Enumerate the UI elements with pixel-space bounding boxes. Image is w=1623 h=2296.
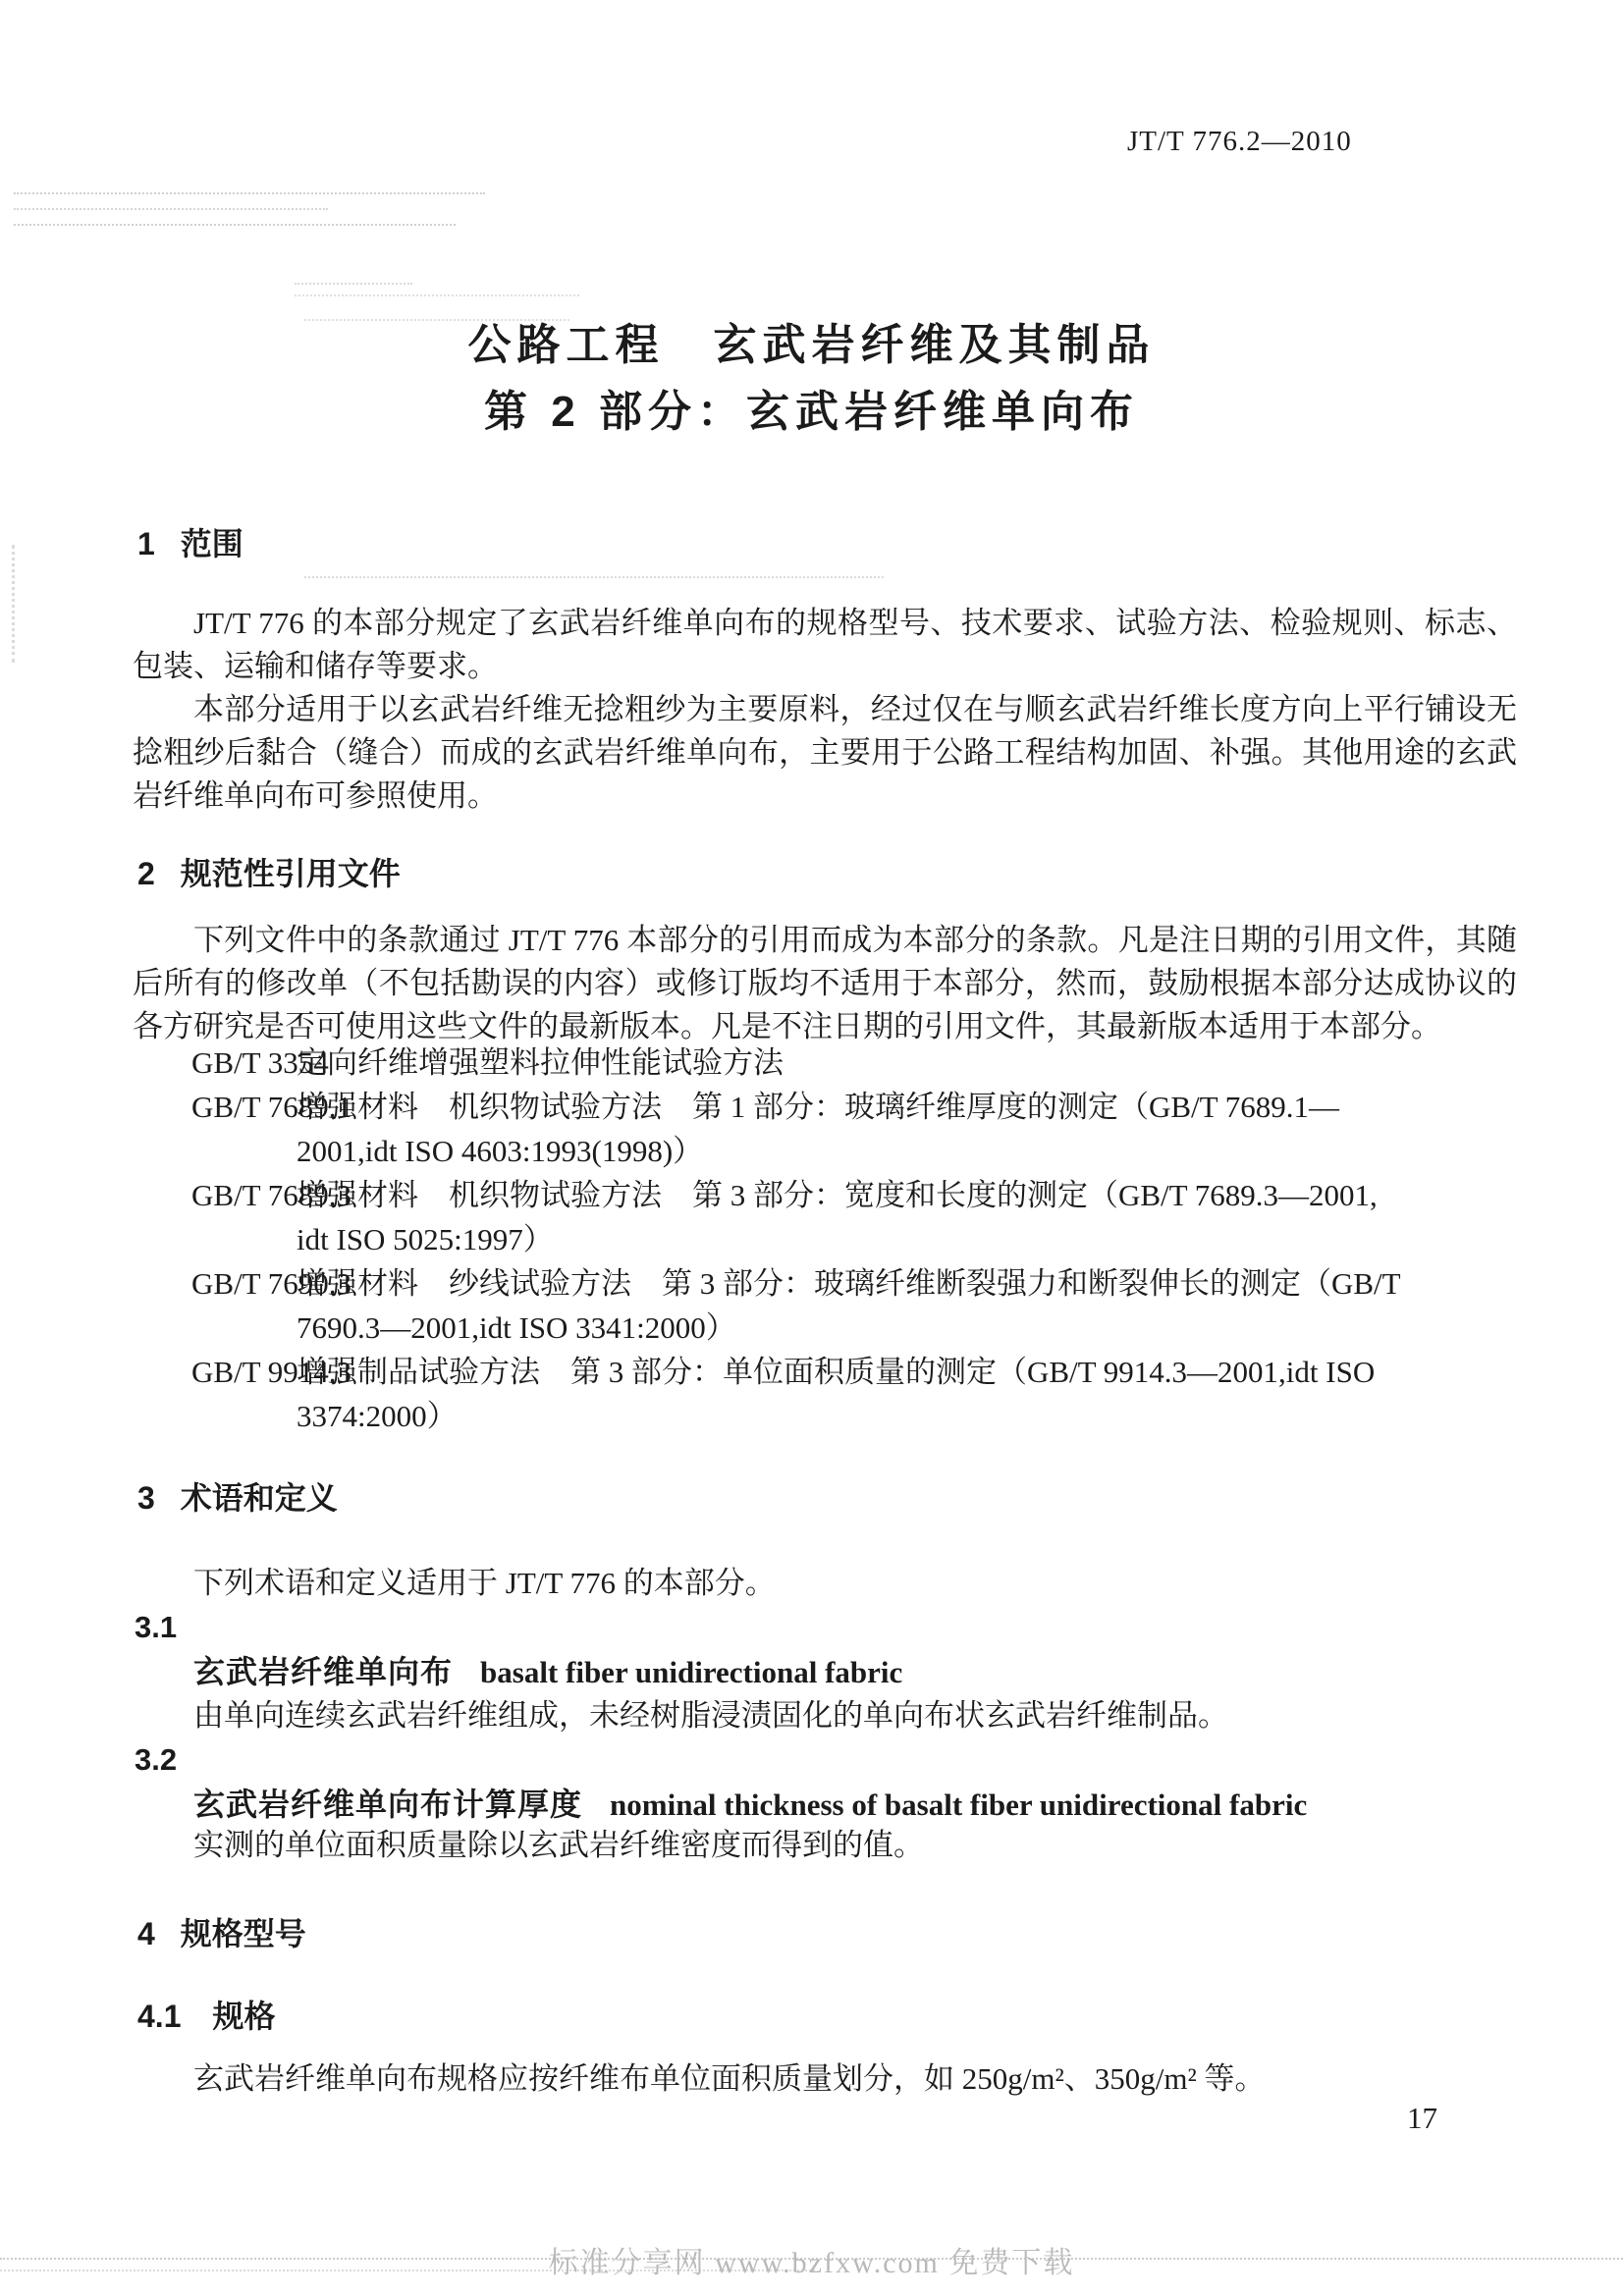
page-number: 17 <box>1407 2101 1437 2136</box>
term-1-number: 3.1 <box>135 1606 177 1649</box>
document-title-line-2: 第 2 部分：玄武岩纤维单向布 <box>0 379 1623 446</box>
reference-line: 2001,idt ISO 4603:1993(1998)） <box>297 1129 1527 1173</box>
section-2-heading: 2规范性引用文件 <box>137 852 401 895</box>
scan-noise <box>14 224 456 226</box>
scan-noise <box>295 294 579 296</box>
reference-line: 增强制品试验方法 第 3 部分：单位面积质量的测定（GB/T 9914.3—20… <box>297 1350 1527 1394</box>
reference-code: GB/T 9914.3 <box>191 1350 352 1394</box>
section-4-heading: 4规格型号 <box>137 1912 306 1955</box>
section-2-title: 规范性引用文件 <box>181 856 401 891</box>
reference-code: GB/T 3354 <box>191 1041 329 1085</box>
term-2-definition: 实测的单位面积质量除以玄武岩纤维密度而得到的值。 <box>133 1824 1517 1867</box>
reference-item: GB/T 7690.3 增强材料 纱线试验方法 第 3 部分：玻璃纤维断裂强力和… <box>133 1261 1527 1350</box>
section-3-heading: 3术语和定义 <box>137 1476 338 1520</box>
section-3-title: 术语和定义 <box>181 1480 338 1516</box>
watermark: 标准分享网 www.bzfxw.com 免费下载 <box>0 2238 1623 2281</box>
scan-noise <box>295 283 412 285</box>
section-1-paragraph-2: 本部分适用于以玄武岩纤维无捻粗纱为主要原料，经过仅在与顺玄武岩纤维长度方向上平行… <box>133 688 1517 818</box>
section-4-1-title: 规格 <box>212 1999 275 2034</box>
reference-line: 定向纤维增强塑料拉伸性能试验方法 <box>297 1041 1527 1085</box>
reference-item: GB/T 9914.3 增强制品试验方法 第 3 部分：单位面积质量的测定（GB… <box>133 1350 1527 1438</box>
section-1-heading: 1范围 <box>137 522 243 565</box>
scan-noise <box>14 208 328 210</box>
scan-noise <box>12 545 15 663</box>
term-1-title: 玄武岩纤维单向布basalt fiber unidirectional fabr… <box>193 1650 902 1694</box>
reference-code: GB/T 7690.3 <box>191 1261 352 1306</box>
section-2-intro: 下列文件中的条款通过 JT/T 776 本部分的引用而成为本部分的条款。凡是注日… <box>133 919 1517 1048</box>
reference-line: 3374:2000） <box>297 1394 1527 1438</box>
reference-line: 增强材料 机织物试验方法 第 3 部分：宽度和长度的测定（GB/T 7689.3… <box>297 1173 1527 1217</box>
term-1-definition: 由单向连续玄武岩纤维组成，未经树脂浸渍固化的单向布状玄武岩纤维制品。 <box>133 1694 1517 1737</box>
term-2-title: 玄武岩纤维单向布计算厚度nominal thickness of basalt … <box>193 1783 1307 1827</box>
term-2-en: nominal thickness of basalt fiber unidir… <box>610 1788 1307 1822</box>
document-title: 公路工程 玄武岩纤维及其制品 第 2 部分：玄武岩纤维单向布 <box>0 312 1623 446</box>
reference-line: idt ISO 5025:1997） <box>297 1217 1527 1261</box>
reference-item: GB/T 7689.3 增强材料 机织物试验方法 第 3 部分：宽度和长度的测定… <box>133 1173 1527 1261</box>
section-1-title: 范围 <box>181 526 243 561</box>
section-1-number: 1 <box>137 522 155 565</box>
reference-line: 增强材料 纱线试验方法 第 3 部分：玻璃纤维断裂强力和断裂伸长的测定（GB/T <box>297 1261 1527 1306</box>
section-4-1-heading: 4.1规格 <box>137 1995 276 2038</box>
reference-item: GB/T 7689.1 增强材料 机织物试验方法 第 1 部分：玻璃纤维厚度的测… <box>133 1085 1527 1173</box>
section-1-paragraph-1: JT/T 776 的本部分规定了玄武岩纤维单向布的规格型号、技术要求、试验方法、… <box>133 602 1517 688</box>
document-title-line-1: 公路工程 玄武岩纤维及其制品 <box>0 312 1623 379</box>
term-2-zh: 玄武岩纤维单向布计算厚度 <box>193 1787 582 1822</box>
reference-list: GB/T 3354 定向纤维增强塑料拉伸性能试验方法 GB/T 7689.1 增… <box>133 1041 1527 1438</box>
section-2-number: 2 <box>137 852 155 895</box>
term-1-en: basalt fiber unidirectional fabric <box>480 1655 902 1689</box>
section-4-title: 规格型号 <box>181 1916 306 1951</box>
section-3-intro: 下列术语和定义适用于 JT/T 776 的本部分。 <box>133 1562 1517 1605</box>
reference-item: GB/T 3354 定向纤维增强塑料拉伸性能试验方法 <box>133 1041 1527 1085</box>
document-page: JT/T 776.2—2010 公路工程 玄武岩纤维及其制品 第 2 部分：玄武… <box>0 0 1623 2296</box>
reference-code: GB/T 7689.1 <box>191 1085 352 1129</box>
reference-line: 7690.3—2001,idt ISO 3341:2000） <box>297 1306 1527 1350</box>
section-3-number: 3 <box>137 1476 155 1520</box>
scan-noise <box>304 576 884 578</box>
term-1-zh: 玄武岩纤维单向布 <box>193 1654 453 1689</box>
section-4-number: 4 <box>137 1912 155 1955</box>
reference-line: 增强材料 机织物试验方法 第 1 部分：玻璃纤维厚度的测定（GB/T 7689.… <box>297 1085 1527 1129</box>
section-4-paragraph: 玄武岩纤维单向布规格应按纤维布单位面积质量划分，如 250g/m²、350g/m… <box>133 2057 1517 2101</box>
reference-code: GB/T 7689.3 <box>191 1173 352 1217</box>
term-2-number: 3.2 <box>135 1738 177 1782</box>
section-4-1-number: 4.1 <box>137 1995 181 2038</box>
scan-noise <box>14 192 485 194</box>
doc-number: JT/T 776.2—2010 <box>1127 126 1352 158</box>
